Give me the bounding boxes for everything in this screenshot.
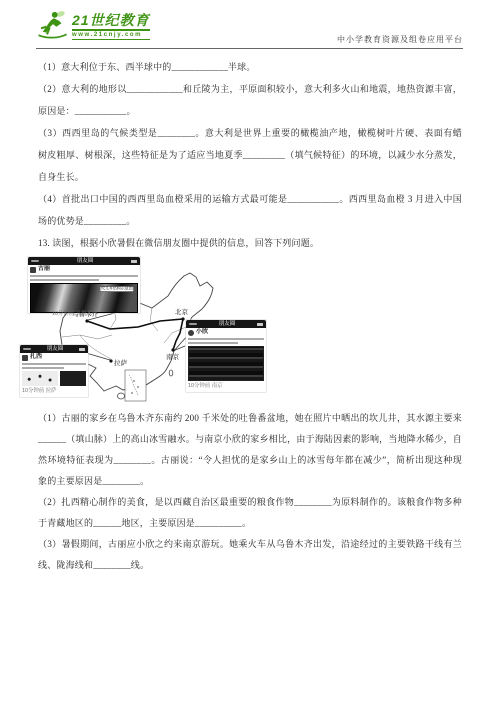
moments-status-bar: 朋友圈 bbox=[186, 320, 266, 328]
signal-icon bbox=[189, 323, 197, 326]
logo-url: www.21cnjy.com bbox=[72, 31, 150, 40]
question-line: 树皮粗厚、树根深，这些特征是为了适应当地夏季_________（填气候特征）的环… bbox=[38, 144, 462, 166]
moments-status-bar: 朋友圈 bbox=[20, 345, 88, 353]
battery-icon bbox=[257, 323, 263, 326]
questions-bottom-block: （1）古丽的家乡在乌鲁木齐东南约 200 千米处的吐鲁番盆地，她在照片中晒出的坎… bbox=[0, 408, 499, 576]
city-photo bbox=[188, 346, 264, 381]
question-line: （2）扎西精心制作的美食，是以西藏自治区最重要的粮食作物________为原料制… bbox=[38, 492, 462, 513]
moments-title: 朋友圈 bbox=[47, 345, 64, 352]
question-line: ______（填山脉）上的高山冰雪融水。与南京小欣的家乡相比，由于海陆因素的影响… bbox=[38, 429, 462, 450]
logo: 21世纪教育 www.21cnjy.com bbox=[36, 8, 150, 42]
user-row: 扎西 bbox=[20, 353, 88, 361]
post-caption: 10分钟前 乌鲁木齐 bbox=[52, 311, 97, 317]
signal-icon bbox=[23, 348, 31, 351]
question-line: 原因是：___________。 bbox=[38, 100, 462, 122]
city-dot-beijing bbox=[181, 317, 184, 320]
question-line: （2）意大利的地形以____________和丘陵为主，平原面积较小，意大利多火… bbox=[38, 78, 462, 100]
avatar bbox=[188, 330, 194, 336]
header-tagline: 中小学教育资源及组卷应用平台 bbox=[337, 34, 463, 45]
battery-icon bbox=[131, 260, 137, 263]
post-photos bbox=[22, 371, 86, 386]
dancers-photo bbox=[22, 371, 58, 386]
question-line: 自身生长。 bbox=[38, 166, 462, 188]
figure-moments-map: 乌鲁木齐 北京 拉萨 南京 朋友圈 古丽 bbox=[20, 257, 292, 403]
hainan-island bbox=[118, 393, 125, 399]
karez-diagram-label: 坎儿井结构示意图 bbox=[100, 286, 134, 292]
document-page: 21世纪教育 www.21cnjy.com 中小学教育资源及组卷应用平台 （1）… bbox=[0, 0, 499, 706]
user-name: 小欣 bbox=[196, 329, 208, 336]
page-header: 21世纪教育 www.21cnjy.com 中小学教育资源及组卷应用平台 bbox=[36, 6, 463, 49]
post-text-line bbox=[30, 279, 99, 282]
question-line: （1）意大利位于东、西半球中的____________半球。 bbox=[38, 56, 462, 78]
moments-card-zhaxi: 朋友圈 扎西 10分钟前 拉萨 bbox=[20, 345, 88, 397]
post-text-line bbox=[188, 342, 238, 345]
user-name: 扎西 bbox=[30, 354, 42, 361]
moments-status-bar: 朋友圈 bbox=[28, 257, 140, 265]
post-text-line bbox=[22, 367, 64, 370]
post-text-line bbox=[30, 275, 138, 278]
karez-diagram-photo: 坎儿井结构示意图 bbox=[30, 283, 138, 313]
user-row: 小欣 bbox=[186, 328, 266, 336]
logo-runner-icon bbox=[36, 8, 70, 42]
question-line: 场的优势是_________。 bbox=[38, 210, 462, 232]
railway-route bbox=[87, 319, 183, 350]
battery-icon bbox=[79, 348, 85, 351]
question-line: 线、陇海线和________线。 bbox=[38, 555, 462, 576]
post-caption: 10分钟前 南京 bbox=[188, 383, 258, 389]
signal-icon bbox=[31, 260, 39, 263]
city-dot-nanjing bbox=[171, 348, 174, 351]
document-body: （1）意大利位于东、西半球中的____________半球。 （2）意大利的地形… bbox=[0, 56, 499, 576]
question-line: 于青藏地区的______地区，主要原因是__________。 bbox=[38, 513, 462, 534]
avatar bbox=[30, 267, 36, 273]
moments-title: 朋友圈 bbox=[219, 320, 236, 327]
post-text-line bbox=[22, 363, 86, 366]
city-label-beijing: 北京 bbox=[175, 307, 189, 316]
question-line: （3）西西里岛的气候类型是________。意大利是世界上重要的橄榄油产地，橄榄… bbox=[38, 122, 462, 144]
avatar bbox=[22, 355, 28, 361]
question-line: （4）首批出口中国的西西里岛血橙采用的运输方式最可能是___________。西… bbox=[38, 188, 462, 210]
moments-title: 朋友圈 bbox=[77, 257, 94, 264]
post-caption: 10分钟前 拉萨 bbox=[22, 388, 81, 394]
logo-title: 21世纪教育 bbox=[72, 13, 150, 31]
city-label-nanjing: 南京 bbox=[166, 352, 180, 361]
moments-card-guli: 朋友圈 古丽 坎儿井结构示意图 bbox=[28, 257, 140, 313]
city-label-lhasa: 拉萨 bbox=[114, 358, 128, 367]
question-line: （1）古丽的家乡在乌鲁木齐东南约 200 千米处的吐鲁番盆地，她在照片中晒出的坎… bbox=[38, 408, 462, 429]
city-dot-lhasa bbox=[109, 359, 112, 362]
city-dot-urumqi bbox=[85, 319, 88, 322]
question-line: 象的主要原因是________。 bbox=[38, 471, 462, 492]
post-text-line bbox=[188, 338, 264, 341]
question-line: 然环境特征表现为________。古丽说：“令人担忧的是家乡山上的冰雪每年都在减… bbox=[38, 450, 462, 471]
user-name: 古丽 bbox=[38, 266, 50, 273]
question-line: 13. 读图，根据小欣暑假在微信朋友圈中提供的信息，回答下列问题。 bbox=[38, 232, 462, 254]
question-line: （3）暑假期间，古丽应小欣之约来南京游玩。她乘火车从乌鲁木齐出发，沿途经过的主要… bbox=[38, 534, 462, 555]
food-photo bbox=[60, 371, 86, 386]
user-row: 古丽 bbox=[28, 265, 140, 273]
sea-inset-box bbox=[125, 370, 146, 401]
moments-card-xiaoxin: 朋友圈 小欣 10分钟前 南京 bbox=[186, 320, 266, 392]
taiwan-island bbox=[169, 370, 173, 376]
logo-text: 21世纪教育 www.21cnjy.com bbox=[72, 13, 150, 40]
